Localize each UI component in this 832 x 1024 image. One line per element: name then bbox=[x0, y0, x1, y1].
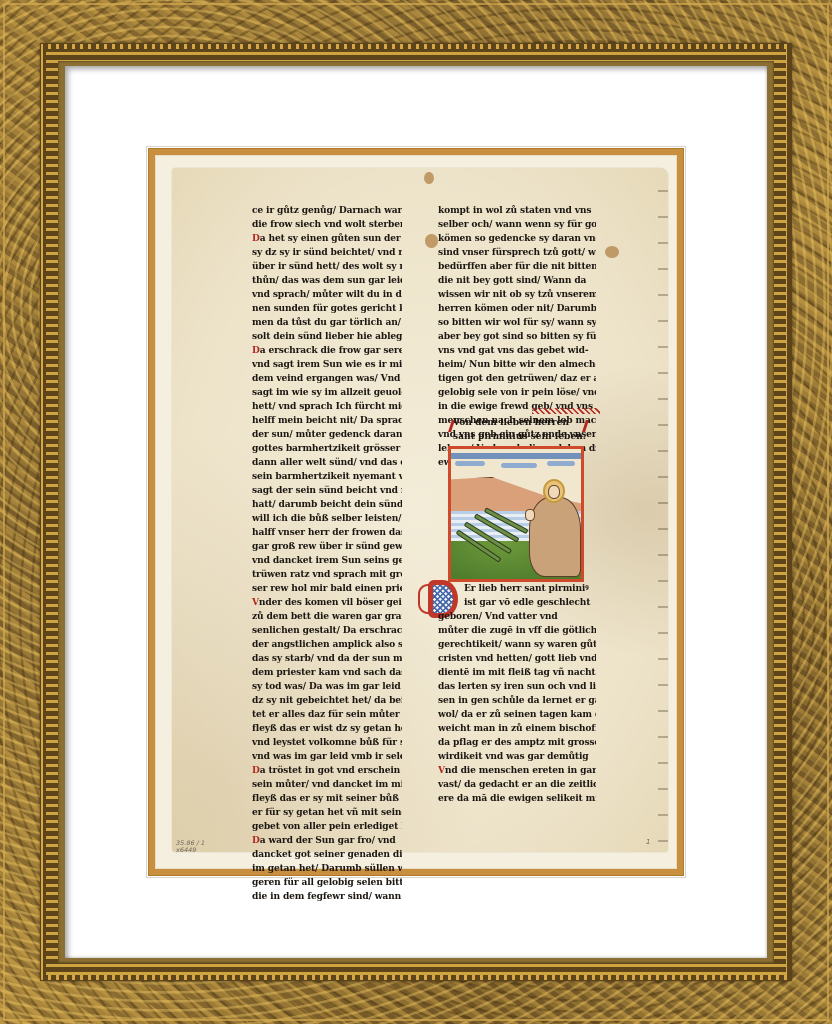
text-column-right-bottom: Er lieb herr sant pirminiꝰist gar vō edl… bbox=[438, 582, 596, 806]
text-line: der angstlichen amplick also sere bbox=[252, 638, 402, 652]
text-line: sy tod was/ Da was im gar leid bbox=[252, 680, 402, 694]
inventory-line-1: 35.86 / 1 bbox=[176, 840, 205, 847]
text-line: sy dz sy ir sünd beichtet/ vnd rew bbox=[252, 246, 402, 260]
text-line: weicht man in zů einem bischoff/ bbox=[438, 722, 596, 736]
praying-hands bbox=[525, 509, 535, 521]
text-line: selber och/ wann wenn sy für got bbox=[438, 218, 596, 232]
text-line: vnd sagt irem Sun wie es ir mit bbox=[252, 358, 402, 372]
text-line: sen in gen schůle da lernet er gar bbox=[438, 694, 596, 708]
text-line: Da ward der Sun gar fro/ vnd bbox=[252, 834, 402, 848]
woodcut-illustration-saint-pirminius bbox=[448, 446, 584, 582]
text-line: hett/ vnd sprach Ich fürcht mich bbox=[252, 400, 402, 414]
text-line: vns vnd gat vns das gebet wid- bbox=[438, 344, 596, 358]
pencil-page-mark: 1 bbox=[646, 838, 650, 846]
text-line: sagt im wie sy im allzeit geuolget bbox=[252, 386, 402, 400]
text-line: kompt in wol zů staten vnd vns bbox=[438, 204, 596, 218]
inventory-number-note: 35.86 / 1 x6449 bbox=[176, 840, 205, 854]
text-line: ere da mā die ewigen selikeit mit bbox=[438, 792, 596, 806]
text-column-left: ce ir gůtz genůg/ Darnach warddie frow s… bbox=[252, 204, 402, 904]
text-line: ce ir gůtz genůg/ Darnach ward bbox=[252, 204, 402, 218]
text-line: Da erschrack die frow gar sere/ bbox=[252, 344, 402, 358]
text-line: geboren/ Vnd vatter vnd bbox=[438, 610, 596, 624]
text-line: Vnder des komen vil böser geist bbox=[252, 596, 402, 610]
foxing-stain bbox=[424, 172, 434, 184]
text-line: halff vnser herr der frowen das sy bbox=[252, 526, 402, 540]
text-line: solt dein sünd lieber hie ablegen/ bbox=[252, 330, 402, 344]
text-line: die in dem fegfewr sind/ wann es bbox=[252, 890, 402, 904]
foxing-stain bbox=[425, 234, 438, 248]
text-line: sagt der sein sünd beicht vnd rew bbox=[252, 484, 402, 498]
text-line: wirdikeit vnd was gar demůtig bbox=[438, 750, 596, 764]
text-line: Da tröstet in got vnd erschein im bbox=[252, 764, 402, 778]
text-line: vast/ da gedacht er an die zeitlichē bbox=[438, 778, 596, 792]
text-line: herren kömen oder nit/ Darumb bbox=[438, 302, 596, 316]
text-line: gerechtikeit/ wann sy waren gůt bbox=[438, 638, 596, 652]
text-line: dz sy nit gebeichtet het/ da beich- bbox=[252, 694, 402, 708]
text-line: das lerten sy iren sun och vnd lies bbox=[438, 680, 596, 694]
text-line: dientē im mit fleiß tag vñ nacht bbox=[438, 666, 596, 680]
text-line: die frow siech vnd wolt sterben/ bbox=[252, 218, 402, 232]
sky-band bbox=[451, 453, 581, 459]
text-line: trüwen ratz vnd sprach mit gros- bbox=[252, 568, 402, 582]
text-line: dancket got seiner genaden die er bbox=[252, 848, 402, 862]
saint-face bbox=[548, 485, 560, 499]
rubric-line-filler bbox=[532, 408, 600, 414]
text-line: helff mein beicht nit/ Da sprach bbox=[252, 414, 402, 428]
text-line: thůn/ das was dem sun gar leid bbox=[252, 274, 402, 288]
text-line: sind vnser fürsprech tzů gott/ wir bbox=[438, 246, 596, 260]
text-line: wol/ da er zů seinen tagen kam da bbox=[438, 708, 596, 722]
text-line: geren für all gelobig selen bitten bbox=[252, 876, 402, 890]
cloud bbox=[455, 461, 485, 466]
text-line: nen sunden für gotes gericht kō- bbox=[252, 302, 402, 316]
text-line: kömen so gedencke sy daran vnd bbox=[438, 232, 596, 246]
text-line: tigen got den getrüwen/ daz er all bbox=[438, 372, 596, 386]
text-line: die nit bey gott sind/ Wann da bbox=[438, 274, 596, 288]
worn-page-edge bbox=[658, 178, 668, 848]
text-line: vnd dancket irem Sun seins ge- bbox=[252, 554, 402, 568]
text-line: der sun/ můter gedenck daran daz bbox=[252, 428, 402, 442]
text-line: cristen vnd hetten/ gott lieb vnd bbox=[438, 652, 596, 666]
text-line: das sy starb/ vnd da der sun mit bbox=[252, 652, 402, 666]
text-line: dem priester kam vnd sach das bbox=[252, 666, 402, 680]
text-line: im getan het/ Darumb süllen wir bbox=[252, 862, 402, 876]
text-line: Da het sy einen gůten sun der hat bbox=[252, 232, 402, 246]
saint-robe bbox=[529, 497, 581, 577]
text-line: můter die zugē in vff die götlich bbox=[438, 624, 596, 638]
text-line: sein barmhertzikeit nyemant ver- bbox=[252, 470, 402, 484]
text-line: ser rew hol mir bald einen priester bbox=[252, 582, 402, 596]
cloud bbox=[547, 461, 575, 466]
text-line: Er lieb herr sant pirminiꝰ bbox=[438, 582, 596, 596]
text-line: gelobig sele von ir pein löse/ vnd bbox=[438, 386, 596, 400]
text-line: hatt/ darumb beicht dein sünd so bbox=[252, 498, 402, 512]
text-line: da pflag er des amptz mit grosser bbox=[438, 736, 596, 750]
text-line: zů dem bett die waren gar grau- bbox=[252, 610, 402, 624]
text-line: bedürffen aber für die nit bitten bbox=[438, 260, 596, 274]
text-line: so bitten wir wol für sy/ wann sy bbox=[438, 316, 596, 330]
foxing-stain bbox=[605, 246, 619, 258]
text-line: heim/ Nun bitte wir den almech- bbox=[438, 358, 596, 372]
text-line: gar groß rew über ir sünd gewan bbox=[252, 540, 402, 554]
text-line: ist gar vō edle geschlecht bbox=[438, 596, 596, 610]
text-line: sein můter/ vnd dancket im mit bbox=[252, 778, 402, 792]
chapter-heading-line-2: sant pirminius sein leben. bbox=[453, 430, 593, 444]
text-line: dem veind ergangen was/ Vnd bbox=[252, 372, 402, 386]
inventory-line-2: x6449 bbox=[176, 847, 205, 854]
text-line: will ich die bůß selber leisten/ Da bbox=[252, 512, 402, 526]
cloud bbox=[501, 463, 537, 468]
text-line: aber bey got sind so bitten sy für bbox=[438, 330, 596, 344]
text-line: gottes barmhertzikeit grösser ist bbox=[252, 442, 402, 456]
text-line: vnd was im gar leid vmb ir sele/ bbox=[252, 750, 402, 764]
text-line: men da tůst du gar törlich an/ du bbox=[252, 316, 402, 330]
text-line: fleyß das er sy mit seiner bůß die bbox=[252, 792, 402, 806]
text-line: tet er alles daz für sein můter mit bbox=[252, 708, 402, 722]
text-line: fleyß das er wist dz sy getan het/ bbox=[252, 722, 402, 736]
text-line: dann aller welt sünd/ vnd das er bbox=[252, 456, 402, 470]
text-line: über ir sünd hett/ des wolt sy nit bbox=[252, 260, 402, 274]
chapter-heading-line-1: Von dem lieben herren bbox=[453, 416, 593, 430]
text-line: vnd sprach/ můter wilt du in dei- bbox=[252, 288, 402, 302]
text-line: er für sy getan het vñ mit seinem bbox=[252, 806, 402, 820]
text-line: wissen wir nit ob sy tzů vnserem bbox=[438, 288, 596, 302]
text-line: gebet von aller pein erlediget het bbox=[252, 820, 402, 834]
manuscript-leaf: ce ir gůtz genůg/ Darnach warddie frow s… bbox=[172, 168, 668, 852]
text-line: vnd leystet volkomne bůß für sy bbox=[252, 736, 402, 750]
text-line: senlichen gestalt/ Da erschrack sy bbox=[252, 624, 402, 638]
chapter-heading: Von dem lieben herren sant pirminius sei… bbox=[453, 416, 593, 444]
text-line: Vnd die menschen ereten in gar bbox=[438, 764, 596, 778]
